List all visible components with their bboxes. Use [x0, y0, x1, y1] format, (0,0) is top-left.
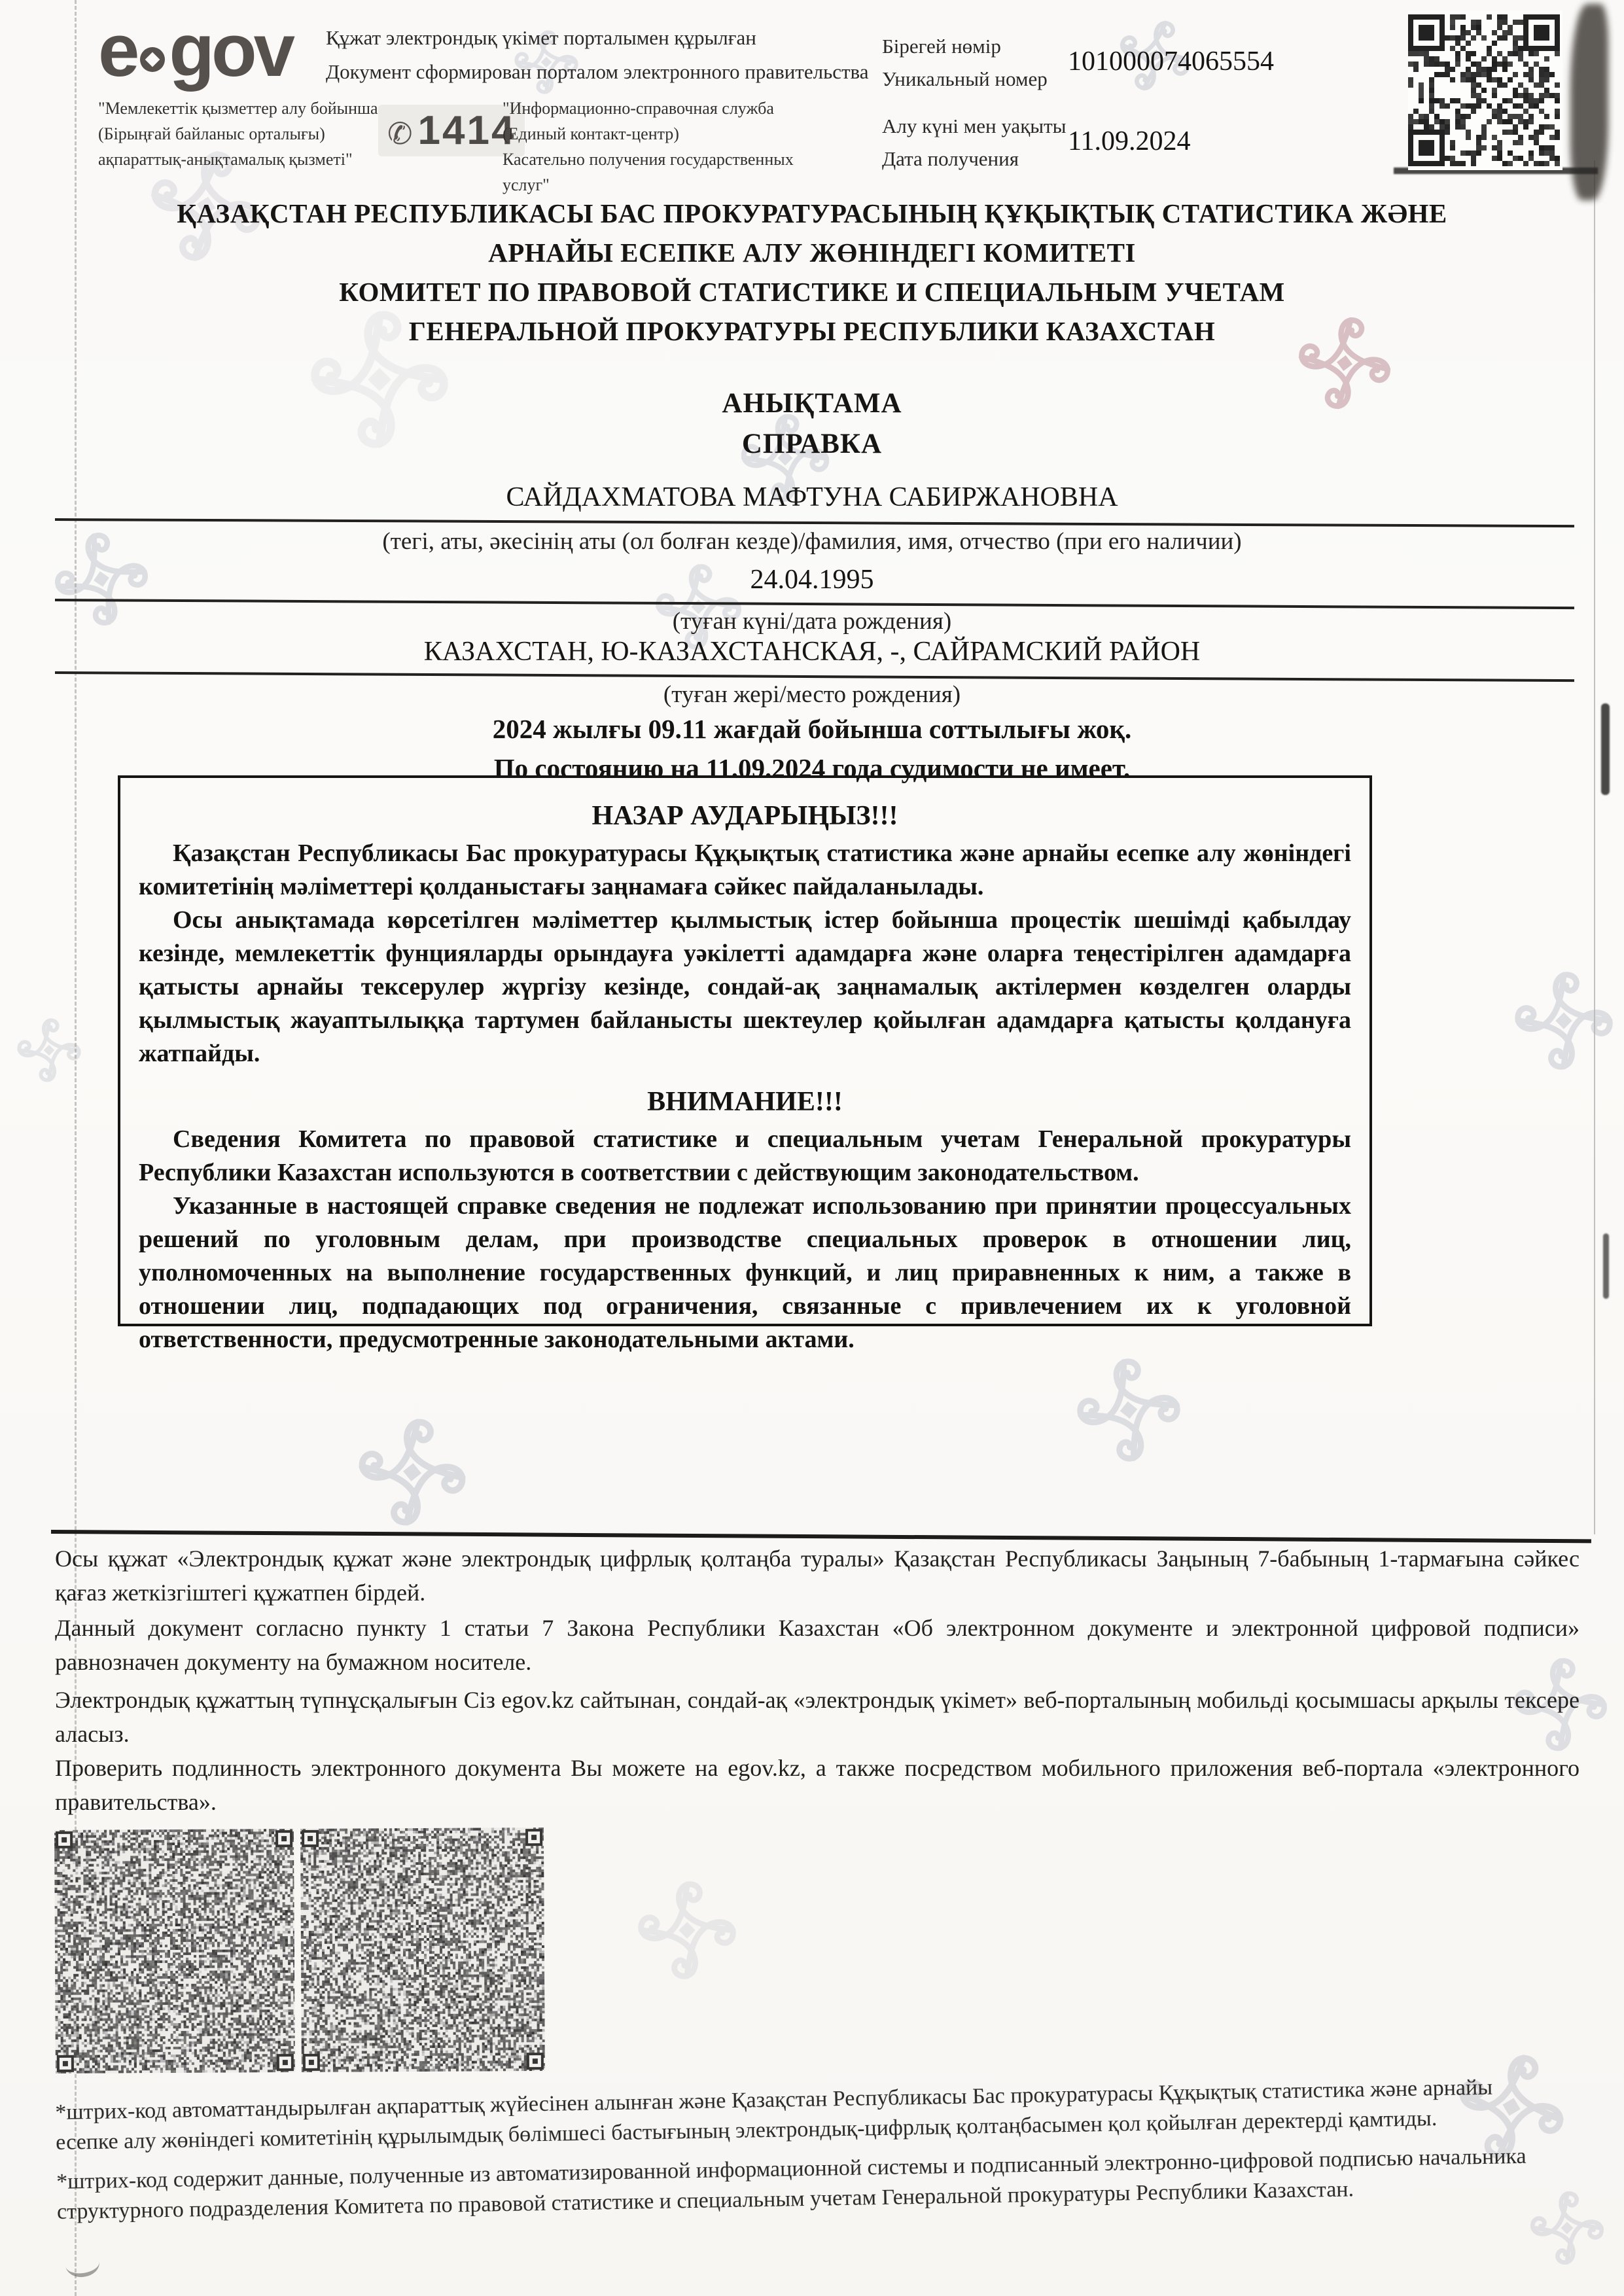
service-note-kk: "Мемлекеттік қызметтер алу бойынша (Біры…	[98, 96, 406, 172]
kazakh-ornament-watermark	[7, 1008, 92, 1093]
legal-para1-kk: Осы құжат «Электрондық құжат және электр…	[55, 1542, 1580, 1610]
receive-date-label-kk: Алу күні мен уақыты	[882, 110, 1066, 143]
committee-title: ҚАЗАҚСТАН РЕСПУБЛИКАСЫ БАС ПРОКУРАТУРАСЫ…	[0, 194, 1624, 351]
kazakh-ornament-watermark	[1498, 955, 1624, 1086]
portal-created-kk: Құжат электрондық үкімет порталымен құры…	[326, 21, 889, 55]
kazakh-ornament-watermark	[1053, 1335, 1205, 1486]
kazakh-ornament-watermark	[333, 1393, 491, 1551]
phone-icon: ✆	[387, 116, 413, 151]
data-matrix-barcode-right	[300, 1828, 545, 2072]
portal-created-note: Құжат электрондық үкімет порталымен құры…	[326, 21, 889, 89]
birth-date: 24.04.1995	[0, 564, 1624, 595]
legal-para2-ru: Данный документ согласно пункту 1 статьи…	[55, 1611, 1580, 1679]
portal-created-ru: Документ сформирован порталом электронно…	[326, 55, 889, 89]
unique-number-label-ru: Уникальный номер	[882, 63, 1048, 96]
egov-logo-gov: gov	[169, 9, 292, 92]
notice-heading-kk: НАЗАР АУДАРЫҢЫЗ!!!	[139, 800, 1351, 832]
scanned-certificate-page: egov Құжат электрондық үкімет порталымен…	[0, 0, 1624, 2296]
egov-logo: egov	[98, 18, 292, 84]
field-underline	[55, 518, 1574, 527]
signature-barcodes	[54, 1828, 545, 2077]
birth-date-caption: (туған күні/дата рождения)	[0, 607, 1624, 635]
receive-date-value: 11.09.2024	[1068, 126, 1190, 157]
scan-mark	[1603, 1233, 1609, 1299]
footnotes: *штрих-код автоматтандырылған ақпараттық…	[55, 2072, 1555, 2236]
full-name: САЙДАХМАТОВА МАФТУНА САБИРЖАНОВНА	[0, 482, 1624, 513]
unique-number-value: 101000074065554	[1068, 46, 1274, 77]
notice-heading-ru: ВНИМАНИЕ!!!	[139, 1086, 1351, 1118]
full-name-caption: (тегі, аты, әкесінің аты (ол болған кезд…	[0, 527, 1624, 556]
notice-box: НАЗАР АУДАРЫҢЫЗ!!! Қазақстан Республикас…	[118, 775, 1372, 1326]
no-conviction-status-kk: 2024 жылғы 09.11 жағдай бойынша соттылығ…	[0, 713, 1624, 745]
notice-para2-ru: Указанные в настоящей справке сведения н…	[139, 1190, 1351, 1356]
qr-code	[1408, 10, 1562, 170]
unique-number-labels: Бірегей нөмір Уникальный номер	[882, 30, 1048, 96]
kazakh-ornament-watermark	[622, 1865, 752, 1996]
egov-logo-dot-icon	[140, 47, 165, 72]
scan-smudge	[1570, 4, 1608, 200]
service-note-ru: "Информационно-справочная служба (Единый…	[503, 96, 843, 198]
legal-para4-ru: Проверить подлинность электронного докум…	[55, 1751, 1580, 1819]
notice-para1-ru: Сведения Комитета по правовой статистике…	[139, 1123, 1351, 1190]
committee-title-line2: АРНАЙЫ ЕСЕПКЕ АЛУ ЖӨНІНДЕГІ КОМИТЕТІ	[0, 233, 1624, 272]
scan-squiggle	[63, 2249, 101, 2280]
phone-number: 1414	[418, 108, 516, 153]
committee-title-line3: КОМИТЕТ ПО ПРАВОВОЙ СТАТИСТИКЕ И СПЕЦИАЛ…	[0, 272, 1624, 311]
legal-para3-kk: Электрондық құжаттың түпнұсқалығын Сіз e…	[55, 1683, 1580, 1751]
committee-title-line4: ГЕНЕРАЛЬНОЙ ПРОКУРАТУРЫ РЕСПУБЛИКИ КАЗАХ…	[0, 311, 1624, 351]
doc-type-kk: АНЫҚТАМА	[0, 387, 1624, 419]
committee-title-line1: ҚАЗАҚСТАН РЕСПУБЛИКАСЫ БАС ПРОКУРАТУРАСЫ…	[0, 194, 1624, 233]
receive-date-labels: Алу күні мен уақыты Дата получения	[882, 110, 1066, 175]
doc-type-ru: СПРАВКА	[0, 428, 1624, 460]
scan-edge-line	[1594, 160, 1595, 1534]
birth-place: КАЗАХСТАН, Ю-КАЗАХСТАНСКАЯ, -, САЙРАМСКИ…	[0, 636, 1624, 667]
notice-para1-kk: Қазақстан Республикасы Бас прокуратурасы…	[139, 837, 1351, 904]
unique-number-label-kk: Бірегей нөмір	[882, 30, 1048, 63]
receive-date-label-ru: Дата получения	[882, 143, 1066, 175]
data-matrix-barcode-left	[54, 1829, 295, 2074]
birth-place-caption: (туған жері/место рождения)	[0, 680, 1624, 709]
notice-para2-kk: Осы анықтамада көрсетілген мәліметтер қы…	[139, 904, 1351, 1070]
egov-logo-e: e	[98, 9, 136, 92]
